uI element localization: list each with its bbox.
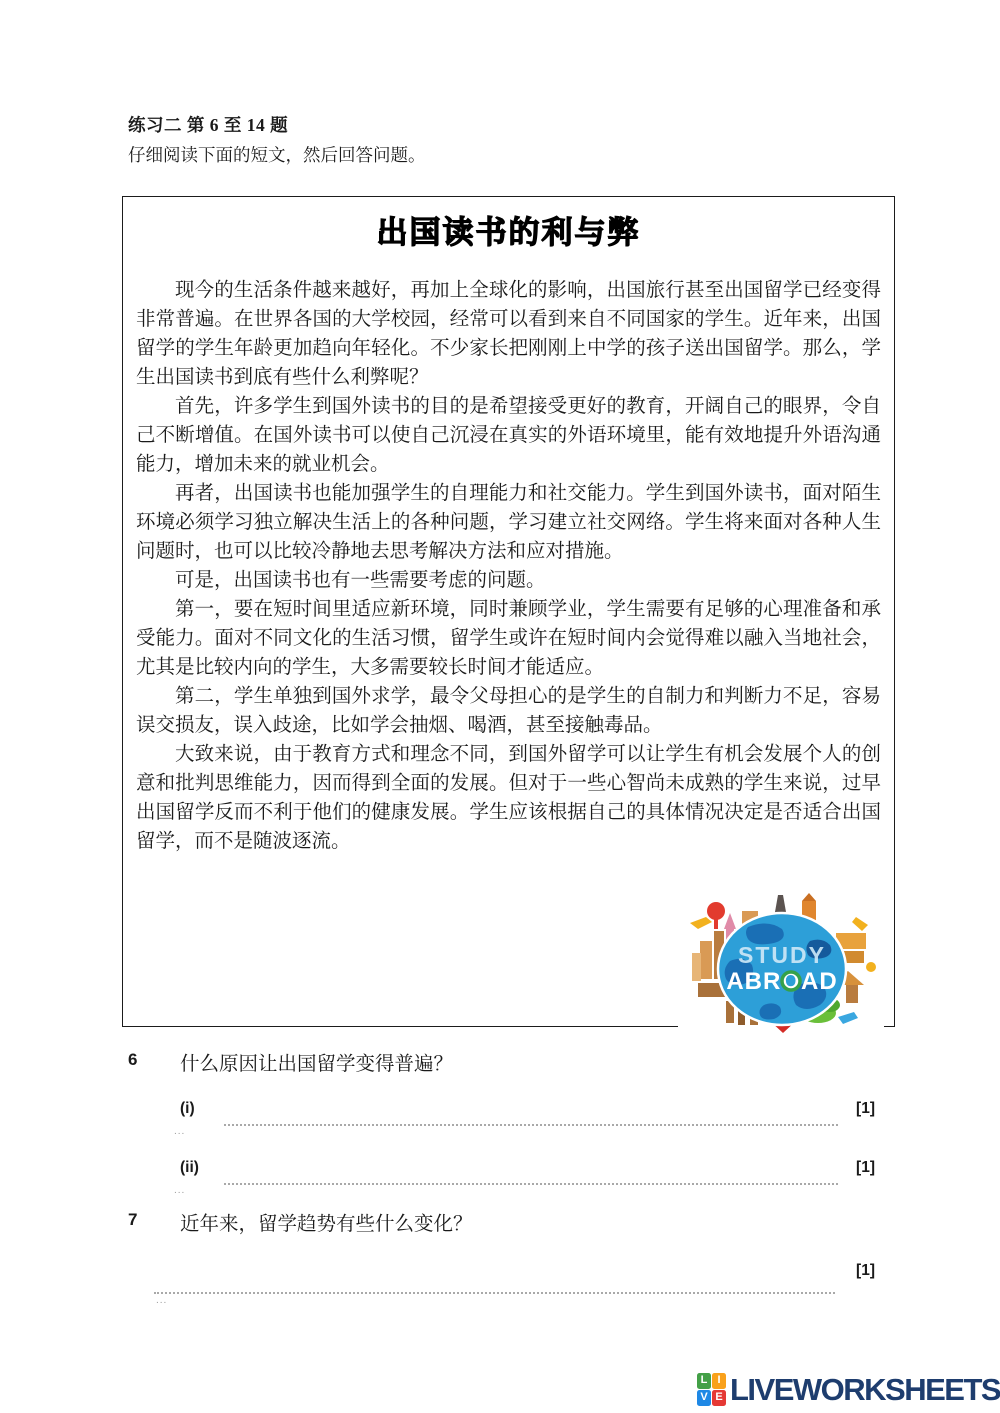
answer-input-marker: ... (174, 1128, 875, 1136)
liveworksheets-logo-icon: LIVE (697, 1373, 726, 1406)
article-paragraph: 现今的生活条件越来越好，再加上全球化的影响，出国旅行甚至出国留学已经变得非常普遍… (136, 276, 881, 392)
article-paragraph: 第一，要在短时间里适应新环境，同时兼顾学业，学生需要有足够的心理准备和承受能力。… (136, 595, 881, 682)
answer-input-marker: ... (156, 1297, 875, 1305)
question-6-part-i-label: (i) (180, 1100, 222, 1118)
study-abroad-illustration: STUDY ABROAD (678, 889, 884, 1043)
logo-tile-e: E (712, 1390, 726, 1406)
liveworksheets-logo[interactable]: LIVE LIVEWORKSHEETS (697, 1371, 1000, 1407)
question-7: 7 近年来，留学趋势有些什么变化？ [1] ... (128, 1208, 875, 1305)
passage-title: 出国读书的利与弊 (123, 207, 894, 252)
answer-input-marker: ... (174, 1187, 875, 1195)
coin-icon (866, 962, 876, 972)
logo-tile-l: L (697, 1373, 711, 1389)
article-paragraph: 第二，学生单独到国外求学，最令父母担心的是学生的自制力和判断力不足，容易误交损友… (136, 682, 881, 740)
liveworksheets-logo-text: LIVEWORKSHEETS (730, 1374, 1000, 1405)
logo-tile-i: I (712, 1373, 726, 1389)
answer-line-6i[interactable] (224, 1100, 838, 1126)
question-7-text: 近年来，留学趋势有些什么变化？ (180, 1208, 473, 1236)
logo-tile-v: V (697, 1390, 711, 1406)
answer-line-7[interactable] (154, 1290, 835, 1294)
question-7-number: 7 (128, 1208, 180, 1230)
article-paragraph: 大致来说，由于教育方式和理念不同，到国外留学可以让学生有机会发展个人的创意和批判… (136, 740, 881, 856)
marks-6i: [1] (853, 1100, 875, 1118)
question-6-part-ii-label: (ii) (180, 1159, 222, 1177)
passage-body: 现今的生活条件越来越好，再加上全球化的影响，出国旅行甚至出国留学已经变得非常普遍… (123, 276, 894, 856)
question-6: 6 什么原因让出国留学变得普遍？ (i) [1] ... (ii) [1] ..… (128, 1048, 875, 1195)
study-label: STUDY (738, 942, 826, 968)
marks-7: [1] (856, 1262, 875, 1279)
instruction-text: 仔细阅读下面的短文，然后回答问题。 (128, 142, 426, 167)
paddle-icon (707, 902, 725, 920)
question-6-number: 6 (128, 1048, 180, 1070)
answer-line-6ii[interactable] (224, 1159, 838, 1185)
article-paragraph: 首先，许多学生到国外读书的目的是希望接受更好的教育，开阔自己的眼界，令自己不断增… (136, 392, 881, 479)
question-6-text: 什么原因让出国留学变得普遍？ (180, 1048, 453, 1076)
exercise-heading: 练习二 第 6 至 14 题 (128, 112, 288, 137)
marks-6ii: [1] (853, 1159, 875, 1177)
article-paragraph: 再者，出国读书也能加强学生的自理能力和社交能力。学生到国外读书，面对陌生环境必须… (136, 479, 881, 566)
article-paragraph: 可是，出国读书也有一些需要考虑的问题。 (136, 566, 881, 595)
reading-passage-box: 出国读书的利与弊 现今的生活条件越来越好，再加上全球化的影响，出国旅行甚至出国留… (122, 196, 895, 1027)
